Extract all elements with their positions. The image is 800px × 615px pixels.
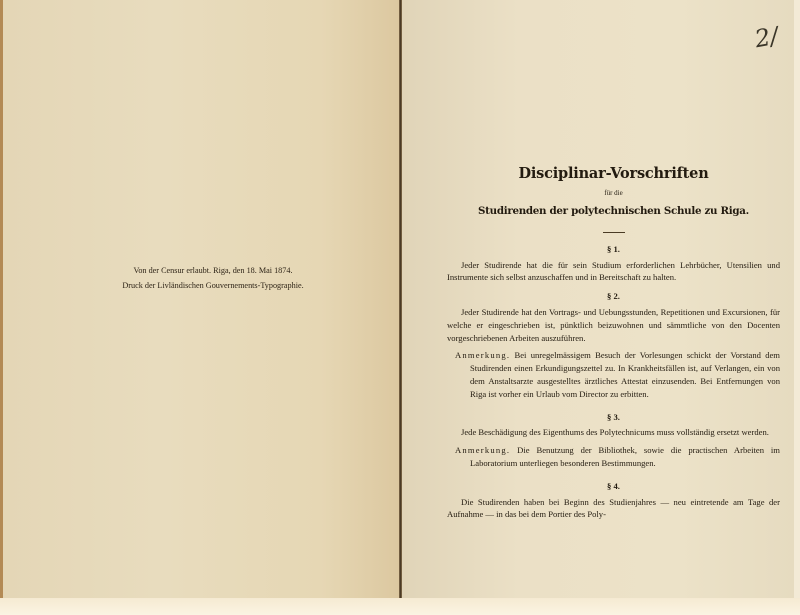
right-page-content: Disciplinar-Vorschriften für die Studire…	[447, 163, 780, 521]
section-4: § 4. Die Studirenden haben bei Beginn de…	[447, 480, 780, 521]
note-text: Die Benutzung der Bibliothek, sowie die …	[470, 445, 780, 468]
section-text: Jede Beschädigung des Eigenthums des Pol…	[447, 426, 780, 439]
document-subtitle: Studirenden der polytechnischen Schule z…	[447, 204, 780, 218]
left-page	[3, 0, 400, 598]
section-text: Die Studirenden haben bei Beginn des Stu…	[447, 496, 780, 522]
book-spread: Von der Censur erlaubt. Riga, den 18. Ma…	[0, 0, 800, 615]
censorship-imprint: Von der Censur erlaubt. Riga, den 18. Ma…	[108, 263, 318, 293]
section-1: § 1. Jeder Studirende hat die für sein S…	[447, 243, 780, 284]
document-title: Disciplinar-Vorschriften	[447, 163, 780, 185]
subtitle-connector: für die	[447, 187, 780, 200]
note-label: Anmerkung.	[455, 445, 510, 455]
title-divider	[603, 232, 625, 233]
section-note: Anmerkung. Bei unregelmässigem Besuch de…	[455, 349, 780, 400]
imprint-censor-line: Von der Censur erlaubt. Riga, den 18. Ma…	[108, 263, 318, 278]
section-number: § 3.	[447, 411, 780, 424]
section-2: § 2. Jeder Studirende hat den Vortrags- …	[447, 290, 780, 400]
section-text: Jeder Studirende hat die für sein Studiu…	[447, 259, 780, 285]
section-note: Anmerkung. Die Benutzung der Bibliothek,…	[455, 444, 780, 470]
section-3: § 3. Jede Beschädigung des Eigenthums de…	[447, 411, 780, 470]
scan-border-right	[794, 0, 800, 615]
scan-border-bottom	[0, 598, 800, 615]
imprint-printer-line: Druck der Livländischen Gouvernements-Ty…	[108, 278, 318, 293]
section-text: Jeder Studirende hat den Vortrags- und U…	[447, 306, 780, 344]
note-text: Bei unregelmässigem Besuch der Vorlesung…	[470, 350, 780, 398]
section-number: § 1.	[447, 243, 780, 256]
section-number: § 4.	[447, 480, 780, 493]
section-number: § 2.	[447, 290, 780, 303]
note-label: Anmerkung.	[455, 350, 510, 360]
